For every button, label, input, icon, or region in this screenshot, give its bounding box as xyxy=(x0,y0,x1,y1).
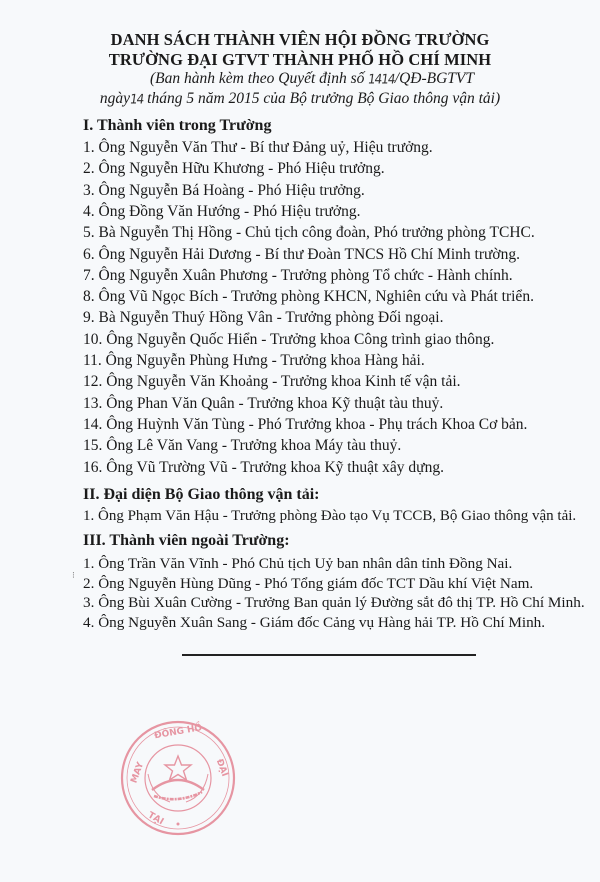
document-subtitle-line1: (Ban hành kèm theo Quyết định số 1414/QĐ… xyxy=(12,70,600,88)
list-item: 4. Ông Đồng Văn Hướng - Phó Hiệu trưởng. xyxy=(83,203,360,221)
list-item: 12. Ông Nguyễn Văn Khoảng - Trưởng khoa … xyxy=(83,373,461,391)
section-heading: I. Thành viên trong Trường xyxy=(83,117,271,135)
document-page: DANH SÁCH THÀNH VIÊN HỘI ĐỒNG TRƯỜNG TRƯ… xyxy=(0,0,600,882)
section-heading: II. Đại diện Bộ Giao thông vận tải: xyxy=(83,486,319,504)
margin-mark: ⁝ xyxy=(72,570,75,581)
list-item: 8. Ông Vũ Ngọc Bích - Trưởng phòng KHCN,… xyxy=(83,288,534,306)
document-subtitle-line2: ngày14 tháng 5 năm 2015 của Bộ trưởng Bộ… xyxy=(0,90,600,108)
svg-text:ĐẠI: ĐẠI xyxy=(214,758,230,778)
list-item: 5. Bà Nguyễn Thị Hồng - Chủ tịch công đo… xyxy=(83,224,535,242)
list-item: 6. Ông Nguyễn Hải Dương - Bí thư Đoàn TN… xyxy=(83,246,520,264)
subtitle-prefix: (Ban hành kèm theo Quyết định số xyxy=(150,70,364,87)
list-item: 3. Ông Bùi Xuân Cường - Trưởng Ban quản … xyxy=(83,594,585,612)
subtitle-date-prefix: ngày xyxy=(100,90,130,107)
list-item: 1. Ông Phạm Văn Hậu - Trưởng phòng Đào t… xyxy=(83,508,576,525)
list-item: 11. Ông Nguyễn Phùng Hưng - Trưởng khoa … xyxy=(83,352,425,370)
handwritten-decision-number: 1414 xyxy=(367,71,396,86)
document-title-line2: TRƯỜNG ĐẠI GTVT THÀNH PHỐ HỒ CHÍ MINH xyxy=(0,50,600,70)
list-item: 16. Ông Vũ Trường Vũ - Trưởng khoa Kỹ th… xyxy=(83,459,444,477)
section-heading: III. Thành viên ngoài Trường: xyxy=(83,532,290,550)
handwritten-day: 14 xyxy=(129,91,144,106)
list-item: 14. Ông Huỳnh Văn Tùng - Phó Trưởng khoa… xyxy=(83,416,527,434)
subtitle-suffix: /QĐ-BGTVT xyxy=(395,70,474,87)
list-item: 1. Ông Nguyễn Văn Thư - Bí thư Đảng uỷ, … xyxy=(83,139,433,157)
list-item: 13. Ông Phan Văn Quân - Trưởng khoa Kỹ t… xyxy=(83,395,443,413)
red-seal-stamp-icon: ĐÔNG HỒ MAY TẠI ĐẠI xyxy=(118,718,238,838)
list-item: 10. Ông Nguyễn Quốc Hiển - Trưởng khoa C… xyxy=(83,331,494,349)
document-title-line1: DANH SÁCH THÀNH VIÊN HỘI ĐỒNG TRƯỜNG xyxy=(0,30,600,50)
end-divider xyxy=(182,654,476,656)
list-item: 7. Ông Nguyễn Xuân Phương - Trưởng phòng… xyxy=(83,267,513,285)
svg-text:ĐÔNG HỒ: ĐÔNG HỒ xyxy=(153,720,203,741)
list-item: 1. Ông Trần Văn Vĩnh - Phó Chủ tịch Uỷ b… xyxy=(83,555,512,573)
subtitle-date-suffix: tháng 5 năm 2015 của Bộ trưởng Bộ Giao t… xyxy=(147,90,500,107)
list-item: 9. Bà Nguyễn Thuý Hồng Vân - Trưởng phòn… xyxy=(83,309,443,327)
list-item: 4. Ông Nguyễn Xuân Sang - Giám đốc Cảng … xyxy=(83,614,545,632)
list-item: 2. Ông Nguyễn Hùng Dũng - Phó Tổng giám … xyxy=(83,575,533,593)
svg-text:MAY: MAY xyxy=(129,761,146,785)
list-item: 15. Ông Lê Văn Vang - Trưởng khoa Máy tà… xyxy=(83,437,401,455)
list-item: 2. Ông Nguyễn Hữu Khương - Phó Hiệu trưở… xyxy=(83,160,385,178)
list-item: 3. Ông Nguyễn Bá Hoàng - Phó Hiệu trưởng… xyxy=(83,182,365,200)
